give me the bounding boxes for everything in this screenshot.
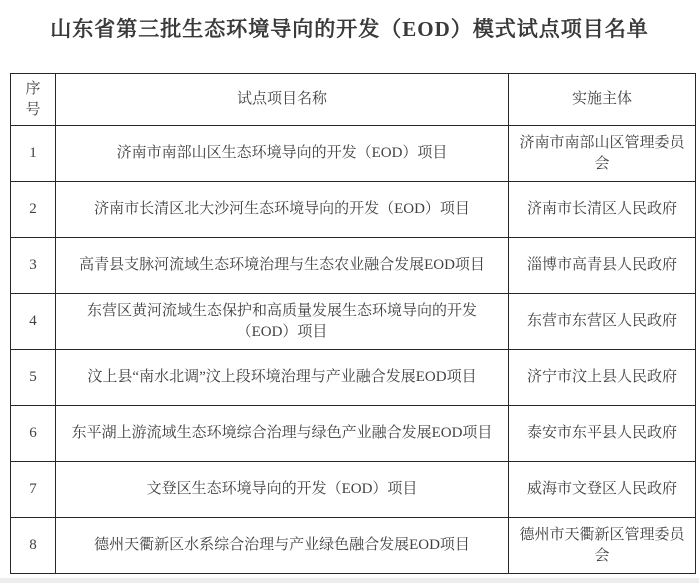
row-number-cell: 3 (11, 238, 56, 294)
implementer-cell: 济南市南部山区管理委员会 (509, 126, 696, 182)
table-row: 1 济南市南部山区生态环境导向的开发（EOD）项目 济南市南部山区管理委员会 (11, 126, 696, 182)
implementer-cell: 淄博市高青县人民政府 (509, 238, 696, 294)
project-name-cell: 东营区黄河流域生态保护和高质量发展生态环境导向的开发（EOD）项目 (56, 294, 509, 350)
project-name-cell: 济南市长清区北大沙河生态环境导向的开发（EOD）项目 (56, 182, 509, 238)
table-row: 2 济南市长清区北大沙河生态环境导向的开发（EOD）项目 济南市长清区人民政府 (11, 182, 696, 238)
column-header-implementer: 实施主体 (509, 74, 696, 126)
implementer-cell: 泰安市东平县人民政府 (509, 406, 696, 462)
row-number-cell: 7 (11, 462, 56, 518)
implementer-cell: 威海市文登区人民政府 (509, 462, 696, 518)
column-header-project-name: 试点项目名称 (56, 74, 509, 126)
table-row: 6 东平湖上游流域生态环境综合治理与绿色产业融合发展EOD项目 泰安市东平县人民… (11, 406, 696, 462)
page-title: 山东省第三批生态环境导向的开发（EOD）模式试点项目名单 (0, 0, 699, 43)
implementer-cell: 东营市东营区人民政府 (509, 294, 696, 350)
column-header-index: 序号 (11, 74, 56, 126)
row-number-cell: 4 (11, 294, 56, 350)
table-row: 3 高青县支脉河流域生态环境治理与生态农业融合发展EOD项目 淄博市高青县人民政… (11, 238, 696, 294)
row-number-cell: 8 (11, 518, 56, 574)
table-row: 4 东营区黄河流域生态保护和高质量发展生态环境导向的开发（EOD）项目 东营市东… (11, 294, 696, 350)
eod-project-table: 序号 试点项目名称 实施主体 1 济南市南部山区生态环境导向的开发（EOD）项目… (10, 73, 696, 574)
project-name-cell: 东平湖上游流域生态环境综合治理与绿色产业融合发展EOD项目 (56, 406, 509, 462)
header-row: 序号 试点项目名称 实施主体 (11, 74, 696, 126)
project-name-cell: 文登区生态环境导向的开发（EOD）项目 (56, 462, 509, 518)
project-name-cell: 德州天衢新区水系综合治理与产业绿色融合发展EOD项目 (56, 518, 509, 574)
implementer-cell: 济宁市汶上县人民政府 (509, 350, 696, 406)
table-row: 5 汶上县“南水北调”汶上段环境治理与产业融合发展EOD项目 济宁市汶上县人民政… (11, 350, 696, 406)
row-number-cell: 2 (11, 182, 56, 238)
project-name-cell: 汶上县“南水北调”汶上段环境治理与产业融合发展EOD项目 (56, 350, 509, 406)
row-number-cell: 5 (11, 350, 56, 406)
document-page: { "title": "山东省第三批生态环境导向的开发（EOD）模式试点项目名单… (0, 0, 699, 583)
project-name-cell: 济南市南部山区生态环境导向的开发（EOD）项目 (56, 126, 509, 182)
row-number-cell: 6 (11, 406, 56, 462)
page-bottom-edge (0, 578, 699, 583)
implementer-cell: 济南市长清区人民政府 (509, 182, 696, 238)
table-row: 8 德州天衢新区水系综合治理与产业绿色融合发展EOD项目 德州市天衢新区管理委员… (11, 518, 696, 574)
row-number-cell: 1 (11, 126, 56, 182)
project-name-cell: 高青县支脉河流域生态环境治理与生态农业融合发展EOD项目 (56, 238, 509, 294)
table-row: 7 文登区生态环境导向的开发（EOD）项目 威海市文登区人民政府 (11, 462, 696, 518)
implementer-cell: 德州市天衢新区管理委员会 (509, 518, 696, 574)
table-body: 1 济南市南部山区生态环境导向的开发（EOD）项目 济南市南部山区管理委员会 2… (11, 126, 696, 574)
